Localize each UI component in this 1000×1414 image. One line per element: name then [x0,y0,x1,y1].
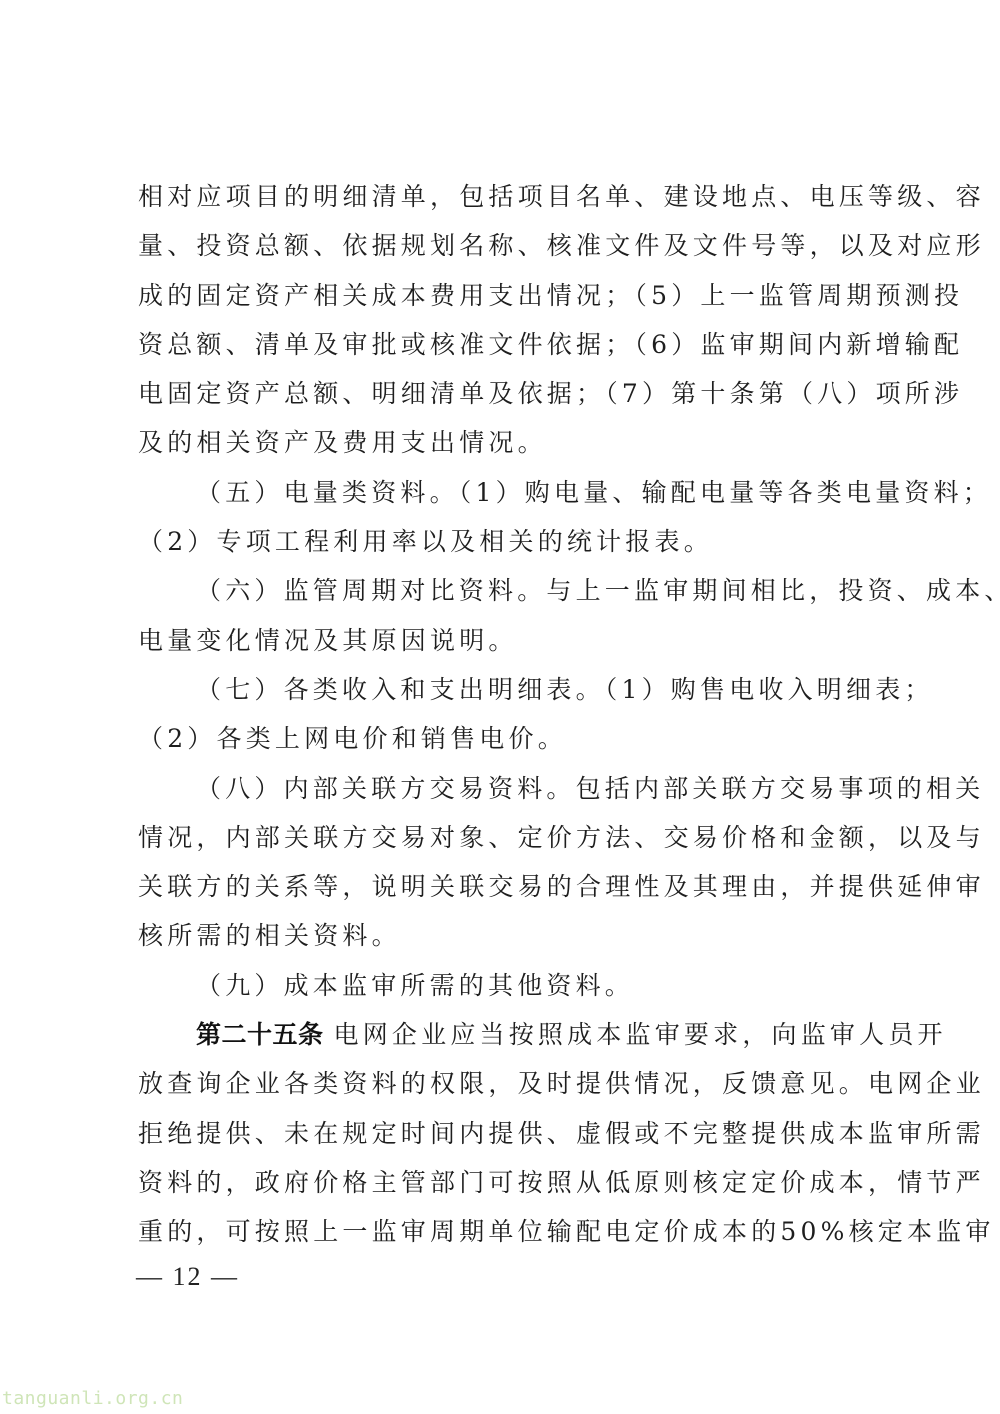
text-line: （2）专项工程利用率以及相关的统计报表。 [138,517,864,566]
text-line: 相对应项目的明细清单，包括项目名单、建设地点、电压等级、容 [138,172,864,221]
text-line: 情况，内部关联方交易对象、定价方法、交易价格和金额，以及与 [138,813,864,862]
text-line: 关联方的关系等，说明关联交易的合理性及其理由，并提供延伸审 [138,862,864,911]
page-number: — 12 — [136,1262,239,1292]
article-25-first-line: 第二十五条电网企业应当按照成本监审要求，向监审人员开 [138,1010,864,1059]
text-line: 电固定资产总额、明细清单及依据；（7）第十条第（八）项所涉 [138,369,864,418]
paragraph-7-start: （七）各类收入和支出明细表。（1）购售电收入明细表； [138,665,864,714]
paragraph-6-start: （六）监管周期对比资料。与上一监审期间相比，投资、成本、 [138,566,864,615]
text-line: 成的固定资产相关成本费用支出情况；（5）上一监管周期预测投 [138,271,864,320]
text-line: 核所需的相关资料。 [138,911,864,960]
paragraph-9-start: （九）成本监审所需的其他资料。 [138,961,864,1010]
text-line: 资料的，政府价格主管部门可按照从低原则核定定价成本，情节严 [138,1158,864,1207]
text-line: 电网企业应当按照成本监审要求，向监审人员开 [334,1020,947,1049]
paragraph-5-start: （五）电量类资料。（1）购电量、输配电量等各类电量资料； [138,468,864,517]
text-line: 资总额、清单及审批或核准文件依据；（6）监审期间内新增输配 [138,320,864,369]
text-line: 及的相关资产及费用支出情况。 [138,418,864,467]
text-line: 量、投资总额、依据规划名称、核准文件及文件号等，以及对应形 [138,221,864,270]
text-line: （2）各类上网电价和销售电价。 [138,714,864,763]
text-line: 重的，可按照上一监审周期单位输配电定价成本的50%核定本监审 [138,1207,864,1256]
article-heading: 第二十五条 [196,1020,324,1049]
watermark: tanguanli.org.cn [2,1388,183,1409]
document-body: 相对应项目的明细清单，包括项目名单、建设地点、电压等级、容 量、投资总额、依据规… [138,172,864,1257]
text-line: 电量变化情况及其原因说明。 [138,616,864,665]
paragraph-8-start: （八）内部关联方交易资料。包括内部关联方交易事项的相关 [138,764,864,813]
text-line: 放查询企业各类资料的权限，及时提供情况，反馈意见。电网企业 [138,1059,864,1108]
text-line: 拒绝提供、未在规定时间内提供、虚假或不完整提供成本监审所需 [138,1109,864,1158]
